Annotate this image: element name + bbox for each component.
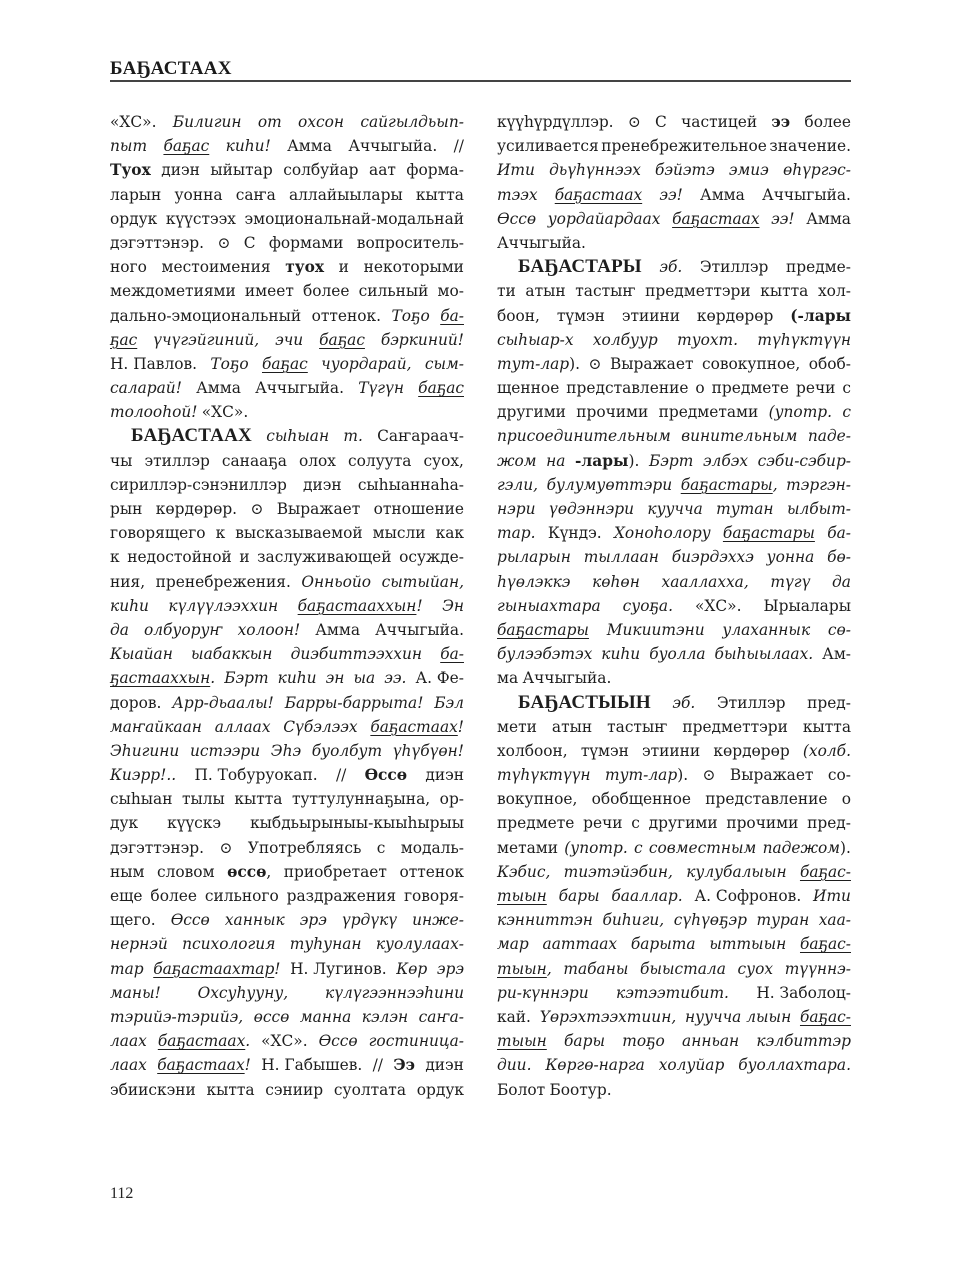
word-text: ! bbox=[274, 960, 280, 978]
word-text: тылы bbox=[182, 790, 225, 808]
word-text: баҕас bbox=[262, 355, 308, 373]
word-text: Барры-баррыта! bbox=[285, 694, 424, 712]
word: күлүүлээххин bbox=[168, 594, 278, 618]
word-text: киhи bbox=[278, 669, 317, 687]
text-line: ри-күннэрикэтээтибит.Н. Заболоц- bbox=[497, 981, 851, 1005]
word: ыабаккын bbox=[191, 642, 272, 666]
text-line: лаахбаҕастаах.«ХС».Өссөгостиница- bbox=[110, 1029, 464, 1053]
word-text: сильного bbox=[205, 887, 279, 905]
word: булумуөттэри bbox=[547, 473, 673, 497]
word-text: Ити bbox=[813, 887, 851, 905]
word-text: нэри bbox=[497, 500, 536, 518]
word-text: речи bbox=[796, 379, 835, 397]
word-text: көрдөрөр bbox=[697, 307, 773, 325]
word: баҕас bbox=[418, 376, 464, 400]
word: ба- bbox=[440, 642, 464, 666]
word-text: олох bbox=[299, 452, 336, 470]
word: усиливается bbox=[497, 134, 599, 158]
word: пренебрежительное bbox=[601, 134, 767, 158]
word-text: тэрийэ-тэрийэ, bbox=[110, 1008, 243, 1026]
word-text: тутан bbox=[716, 500, 773, 518]
word: уонна bbox=[767, 545, 815, 569]
word: (-лары bbox=[790, 304, 851, 328]
word: өссө bbox=[254, 1005, 290, 1029]
word: другими bbox=[497, 400, 566, 424]
headword: БАҔАСТЫЫН bbox=[518, 691, 651, 715]
word-text: Өссө bbox=[319, 1032, 358, 1050]
word: хол- bbox=[818, 279, 851, 303]
word-text: тоҕо bbox=[622, 1032, 665, 1050]
word: Билигин bbox=[173, 110, 242, 134]
word: дально-эмоциональный bbox=[110, 304, 301, 328]
word-text: к bbox=[216, 524, 226, 542]
word: представление bbox=[566, 376, 688, 400]
left-column: «ХС».Билигинотохсонсайгылдьып-пытбаҕаски… bbox=[110, 110, 464, 1102]
word: саларай! bbox=[110, 376, 182, 400]
word: (холб. bbox=[803, 739, 851, 763]
word-text: кытта bbox=[760, 282, 808, 300]
word-text: междометиями bbox=[110, 282, 236, 300]
word: суох bbox=[738, 957, 774, 981]
word-text: «ХС». bbox=[261, 1032, 307, 1050]
word: Түгүн bbox=[358, 376, 404, 400]
word: предметами bbox=[659, 400, 759, 424]
word-text: баҕастаах bbox=[157, 1056, 244, 1074]
word-text: ба- bbox=[440, 645, 464, 663]
word-text: Бэрт bbox=[224, 669, 268, 687]
word: аллайыылары bbox=[289, 183, 403, 207]
word-text: с bbox=[842, 379, 851, 397]
word-text: доров. bbox=[110, 694, 161, 712]
word-text: сильный bbox=[359, 282, 429, 300]
word: Саҥараач- bbox=[377, 424, 464, 448]
word: // bbox=[454, 134, 464, 158]
word: эмиэ bbox=[729, 158, 769, 182]
word-text: да bbox=[110, 621, 129, 639]
word: тыын bbox=[497, 884, 547, 908]
word: көhөн bbox=[592, 570, 640, 594]
word: и bbox=[239, 545, 249, 569]
word: Онньойо bbox=[301, 570, 371, 594]
word-text: дэгэттэнэр. bbox=[110, 234, 204, 252]
word: бэркиний! bbox=[381, 328, 464, 352]
word: Арр-дьаалы! bbox=[172, 691, 274, 715]
word-text: Аччыгыйа. bbox=[255, 379, 344, 397]
word-text: от bbox=[258, 113, 282, 131]
word: Өссө bbox=[319, 1029, 358, 1053]
word: винительным bbox=[681, 424, 797, 448]
word-text: форма- bbox=[406, 161, 464, 179]
text-line: тыын,табаныбыысталасуохтүүннэ- bbox=[497, 957, 851, 981]
word: пыт bbox=[110, 134, 147, 158]
word-text: атын bbox=[552, 718, 592, 736]
word: предме- bbox=[786, 255, 851, 279]
word-text: приобретает bbox=[284, 863, 387, 881]
word-text: . bbox=[245, 1032, 250, 1050]
word: сытыйан, bbox=[382, 570, 464, 594]
word: заслуживающей bbox=[257, 545, 391, 569]
word-text: сүhүөҕэр bbox=[674, 911, 747, 929]
word-text: гэли, bbox=[497, 476, 538, 494]
word: с bbox=[634, 836, 643, 860]
word: говоря- bbox=[404, 884, 464, 908]
word-text: этиини bbox=[642, 742, 700, 760]
word: көрдөрөр bbox=[697, 304, 773, 328]
word-text: Киэрр!.. bbox=[110, 766, 176, 784]
word: Өссө bbox=[497, 207, 536, 231]
word: Охсуhууну, bbox=[198, 981, 289, 1005]
word: кытта bbox=[207, 1078, 255, 1102]
word: Выражает bbox=[610, 352, 694, 376]
text-line: тэрийэ-тэрийэ,өссөманнакэлэнсаҥа- bbox=[110, 1005, 464, 1029]
text-line: күүhүрдүллэр.⊙Счастицейээболее bbox=[497, 110, 851, 134]
word-text: туттулуннаҕына, bbox=[292, 790, 430, 808]
header-rule bbox=[110, 80, 851, 82]
word-text: метами bbox=[497, 839, 558, 857]
text-line: ния,пренебрежения.Онньойосытыйан, bbox=[110, 570, 464, 594]
word-text: оттенок. bbox=[312, 307, 381, 325]
word-text: саҥа- bbox=[419, 1008, 464, 1026]
word: прочими bbox=[726, 811, 798, 835]
word-text: ыттыын bbox=[709, 935, 786, 953]
word-text: буолбут bbox=[312, 742, 382, 760]
text-line: эбиискэникыттасэниирсуолтатаордук bbox=[110, 1078, 464, 1102]
word-text: диэн bbox=[425, 766, 464, 784]
word: Ам- bbox=[822, 642, 851, 666]
word-text: ). bbox=[677, 766, 688, 784]
word-text: эмоциональнай-модальнай bbox=[245, 210, 465, 228]
text-line: холбоон,түмэнэтииникөрдөрөр(холб. bbox=[497, 739, 851, 763]
word: и bbox=[339, 255, 349, 279]
word: жом bbox=[497, 449, 537, 473]
word: Этиллэр bbox=[700, 255, 769, 279]
word: о bbox=[842, 787, 851, 811]
text-line: присоединительнымвинительнымпаде- bbox=[497, 424, 851, 448]
word-text: саларай! bbox=[110, 379, 182, 397]
word: дэгэттэнэр. bbox=[110, 836, 204, 860]
word: куолулаах- bbox=[376, 932, 464, 956]
word: Этиллэр bbox=[717, 691, 786, 715]
word: баҕас- bbox=[800, 1005, 851, 1029]
word-text: прочими bbox=[576, 403, 648, 421]
word: щего. bbox=[110, 908, 156, 932]
word-text: тастыҥ bbox=[575, 282, 635, 300]
word: формами bbox=[269, 231, 344, 255]
word: ыттыын bbox=[709, 932, 786, 956]
word-text: күүстээх bbox=[166, 210, 236, 228]
word: Амма bbox=[700, 183, 745, 207]
word: высказываемой bbox=[235, 521, 362, 545]
word-text: баҕас bbox=[418, 379, 464, 397]
word-text: сайгылдьып- bbox=[360, 113, 464, 131]
word-text: ааттаах bbox=[543, 935, 618, 953]
word-text: на bbox=[546, 452, 565, 470]
word: көрдөрөр. bbox=[156, 497, 237, 521]
word: Микиитэни bbox=[607, 618, 705, 642]
headword-text: БАҔАСТАРЫ bbox=[518, 256, 642, 277]
word: «ХС». bbox=[110, 110, 156, 134]
word: некоторыми bbox=[364, 255, 464, 279]
word-text: чуордарай, bbox=[321, 355, 411, 373]
word-text: тиэтэйэбин, bbox=[564, 863, 673, 881]
word: мысли bbox=[373, 521, 426, 545]
word: ба- bbox=[440, 304, 464, 328]
word: ээ. bbox=[384, 666, 406, 690]
word: атын bbox=[525, 279, 565, 303]
word-text: с bbox=[377, 839, 386, 857]
word: о bbox=[695, 376, 704, 400]
word: Ити bbox=[497, 158, 535, 182]
word-text: этиллэр bbox=[144, 452, 209, 470]
word: тылы bbox=[182, 787, 225, 811]
word: санааҕа bbox=[222, 449, 287, 473]
word-text: ! bbox=[416, 597, 422, 615]
word: кууччa bbox=[647, 497, 702, 521]
word: сыhыан bbox=[110, 787, 172, 811]
word-text: киhи bbox=[601, 645, 640, 663]
word-text: холбуур bbox=[593, 331, 658, 349]
word-text: элбэх bbox=[703, 452, 748, 470]
word-text: баҕас- bbox=[800, 1008, 851, 1026]
word: Сүбэлээх bbox=[283, 715, 357, 739]
text-line: толооhой!«ХС». bbox=[110, 400, 464, 424]
word: дьүhүннээх bbox=[549, 158, 641, 182]
text-line: Итидьүhүннээхбэйэтээмиэөhүргэс- bbox=[497, 158, 851, 182]
text-line: дии.Көргө-наргахолуйарбуоллахтара. bbox=[497, 1053, 851, 1077]
word-text: Көр bbox=[396, 960, 427, 978]
word: үрдүкү bbox=[342, 908, 397, 932]
word-text: вокупное, bbox=[497, 790, 577, 808]
word-text: рыларын bbox=[497, 548, 571, 566]
word-text: заслуживающей bbox=[257, 548, 391, 566]
word-text: ҕас bbox=[110, 331, 137, 349]
word: баҕастааххын! bbox=[298, 594, 423, 618]
text-line: түhүктүүнтут-лар).⊙Выражаетсо- bbox=[497, 763, 851, 787]
word-text: и bbox=[239, 548, 249, 566]
text-line: междометиямиимеетболеесильныймо- bbox=[110, 279, 464, 303]
text-line: «ХС».Билигинотохсонсайгылдьып- bbox=[110, 110, 464, 134]
word: баҕастары, bbox=[681, 473, 778, 497]
word-text: ыабаккын bbox=[191, 645, 272, 663]
word-text: Этиллэр bbox=[700, 258, 769, 276]
word-text: ба- bbox=[827, 524, 851, 542]
word: Аччыгыйа. bbox=[375, 618, 464, 642]
word-text: баҕас bbox=[319, 331, 365, 349]
word-text: ҕастааххын bbox=[110, 669, 210, 687]
word: түмэн bbox=[581, 739, 629, 763]
word-text: дии. bbox=[497, 1056, 531, 1074]
word-text: Н. Габышев. bbox=[261, 1056, 362, 1074]
word-text: этиини bbox=[622, 307, 680, 325]
word-text: диэн bbox=[303, 476, 342, 494]
word: оттенок. bbox=[312, 304, 381, 328]
word-text: лаах bbox=[110, 1032, 147, 1050]
word: олох bbox=[299, 449, 336, 473]
word-text: ). bbox=[840, 839, 851, 857]
word: баҕас- bbox=[800, 932, 851, 956]
text-line: ҕастааххын.Бэрткиhиэныаээ.А. Фе- bbox=[110, 666, 464, 690]
word-text: Өссө bbox=[497, 210, 536, 228]
word-text: холбоон, bbox=[497, 742, 568, 760]
word: бө- bbox=[827, 545, 851, 569]
word-text: и bbox=[339, 258, 349, 276]
word-text: Билигин bbox=[173, 113, 242, 131]
word: Барры-баррыта! bbox=[285, 691, 424, 715]
word: кулубалыын bbox=[686, 860, 786, 884]
word: кыбдьырыныы-кыыhырыы bbox=[250, 811, 464, 835]
word: еще bbox=[110, 884, 143, 908]
word-text: предметтэри bbox=[645, 282, 751, 300]
word-text: эбиискэни bbox=[110, 1081, 196, 1099]
word-text: тар. bbox=[497, 524, 536, 542]
word-text: баҕастары bbox=[723, 524, 815, 542]
word: ти bbox=[497, 279, 516, 303]
word-text: ээ bbox=[771, 113, 790, 131]
word-text: эб. bbox=[672, 694, 695, 712]
word: тут-лар). bbox=[605, 763, 688, 787]
word-text: с bbox=[842, 403, 851, 421]
word-text: кытта bbox=[416, 186, 464, 204]
word-text: күүhүрдүллэр. bbox=[497, 113, 614, 131]
word: диэн bbox=[303, 473, 342, 497]
word-text: солбуйар bbox=[283, 161, 358, 179]
word: биhиги, bbox=[602, 908, 664, 932]
word-text: совместным bbox=[649, 839, 756, 857]
word: эб. bbox=[659, 255, 682, 279]
text-line: саларай!АммаАччыгыйа.Түгүнбаҕас bbox=[110, 376, 464, 400]
word: диэбиттээххин bbox=[291, 642, 422, 666]
text-line: метами(употр.ссовместнымпадежом). bbox=[497, 836, 851, 860]
text-line: дэгэттэнэр.⊙Сформамивопроситель- bbox=[110, 231, 464, 255]
text-line: дально-эмоциональныйоттенок.Тоҕоба- bbox=[110, 304, 464, 328]
word: боон, bbox=[497, 304, 540, 328]
word-text: высказываемой bbox=[235, 524, 362, 542]
word: кэтээтибит. bbox=[616, 981, 729, 1005]
word: Эн bbox=[442, 594, 464, 618]
word: местоимения bbox=[162, 255, 271, 279]
word-text: кулубалыын bbox=[686, 863, 786, 881]
word-text: hүөлэккэ bbox=[497, 573, 570, 591]
word: саҥа bbox=[236, 183, 276, 207]
word: метами bbox=[497, 836, 558, 860]
word: истээри bbox=[190, 739, 260, 763]
word: пренебрежения. bbox=[156, 570, 291, 594]
word-text: Выражает bbox=[730, 766, 814, 784]
word: тоҕо bbox=[622, 1029, 665, 1053]
text-line: кай.Үөрэхтээхтиин,нуучча лыынбаҕас- bbox=[497, 1005, 851, 1029]
word: Эhэ bbox=[271, 739, 301, 763]
word: бааллар. bbox=[611, 884, 682, 908]
word-text: туох bbox=[285, 258, 324, 276]
word-text: маны! bbox=[110, 984, 161, 1002]
word-text: мо- bbox=[438, 282, 464, 300]
word-text: тар bbox=[110, 960, 144, 978]
word-text: инже- bbox=[412, 911, 464, 929]
word-text: кууччa bbox=[647, 500, 702, 518]
word: табаны bbox=[563, 957, 628, 981]
text-line: булээбэтэхкиhибуоллабыhыылаах.Ам- bbox=[497, 642, 851, 666]
word-text: өhүргэс- bbox=[783, 161, 851, 179]
word-text: // bbox=[336, 766, 346, 784]
word: охсон bbox=[298, 110, 344, 134]
word-text: имеет bbox=[245, 282, 294, 300]
word-text: , bbox=[547, 960, 552, 978]
word-text: диэн bbox=[161, 161, 200, 179]
word-text: кытта bbox=[234, 790, 282, 808]
word-text: ээ! bbox=[771, 210, 794, 228]
word: модаль- bbox=[401, 836, 464, 860]
word: киhи bbox=[601, 642, 640, 666]
word-text: түүннэ- bbox=[785, 960, 851, 978]
word-text: щенное bbox=[497, 379, 559, 397]
word-text: бааллар. bbox=[611, 887, 682, 905]
word-text: Н. Павлов. bbox=[110, 355, 197, 373]
word-text: ри-күннэри bbox=[497, 984, 589, 1002]
word: Бэрт bbox=[649, 449, 693, 473]
word: -лары). bbox=[575, 449, 639, 473]
word: А. Софронов. bbox=[694, 884, 801, 908]
word-text: уонна bbox=[767, 548, 815, 566]
word: ного bbox=[110, 255, 147, 279]
word: ларын bbox=[110, 183, 161, 207]
text-line: сириллэр-сэнэниллэрдиэнсыhыаннаhа- bbox=[110, 473, 464, 497]
word: ор- bbox=[440, 787, 464, 811]
word: күүскэ bbox=[167, 811, 221, 835]
word: кытта bbox=[760, 279, 808, 303]
word-text: холоон! bbox=[238, 621, 301, 639]
word-text: бө- bbox=[827, 548, 851, 566]
word: аат bbox=[369, 158, 396, 182]
word-text: ⊙ bbox=[589, 355, 602, 373]
headword-text: БАҔАСТЫЫН bbox=[518, 692, 651, 713]
word-text: еще bbox=[110, 887, 143, 905]
word: от bbox=[258, 110, 282, 134]
word-text: Употребляясь bbox=[248, 839, 362, 857]
word: Тоҕо bbox=[392, 304, 430, 328]
word: киhи! bbox=[226, 134, 271, 158]
word: баҕастаах bbox=[672, 207, 759, 231]
word: Амма bbox=[287, 134, 332, 158]
word-text: баҕастаахтар bbox=[153, 960, 274, 978]
word: дук bbox=[110, 811, 138, 835]
word-text: маҥайкаан bbox=[110, 718, 202, 736]
word-text: сыhыаннаhа- bbox=[358, 476, 464, 494]
word-text: киhи bbox=[110, 597, 149, 615]
word-text: -лары bbox=[575, 452, 628, 470]
text-line: маҥайкааналлаахСүбэлээхбаҕастаах! bbox=[110, 715, 464, 739]
word: доров. bbox=[110, 691, 161, 715]
word: кытта bbox=[803, 715, 851, 739]
word: эбиискэни bbox=[110, 1078, 196, 1102]
word-text: киhи! bbox=[226, 137, 271, 155]
word: сильный bbox=[359, 279, 429, 303]
word-text: модаль- bbox=[401, 839, 464, 857]
word-text: суолтата bbox=[334, 1081, 406, 1099]
word-text: Амма bbox=[196, 379, 241, 397]
word: үөдэннэри bbox=[549, 497, 634, 521]
word-text: үрдүкү bbox=[342, 911, 397, 929]
word: Өссө bbox=[365, 763, 407, 787]
word-text: кытта bbox=[207, 1081, 255, 1099]
word-text: (употр. bbox=[769, 403, 832, 421]
word-text: мар bbox=[497, 935, 529, 953]
word: приобретает bbox=[284, 860, 387, 884]
text-line: тыынбарытоҕоанньанкэлбиттэр bbox=[497, 1029, 851, 1053]
word: оттенок bbox=[399, 860, 464, 884]
word-text: көhөн bbox=[592, 573, 640, 591]
word-text: эрэ bbox=[437, 960, 464, 978]
word: диэн bbox=[425, 763, 464, 787]
